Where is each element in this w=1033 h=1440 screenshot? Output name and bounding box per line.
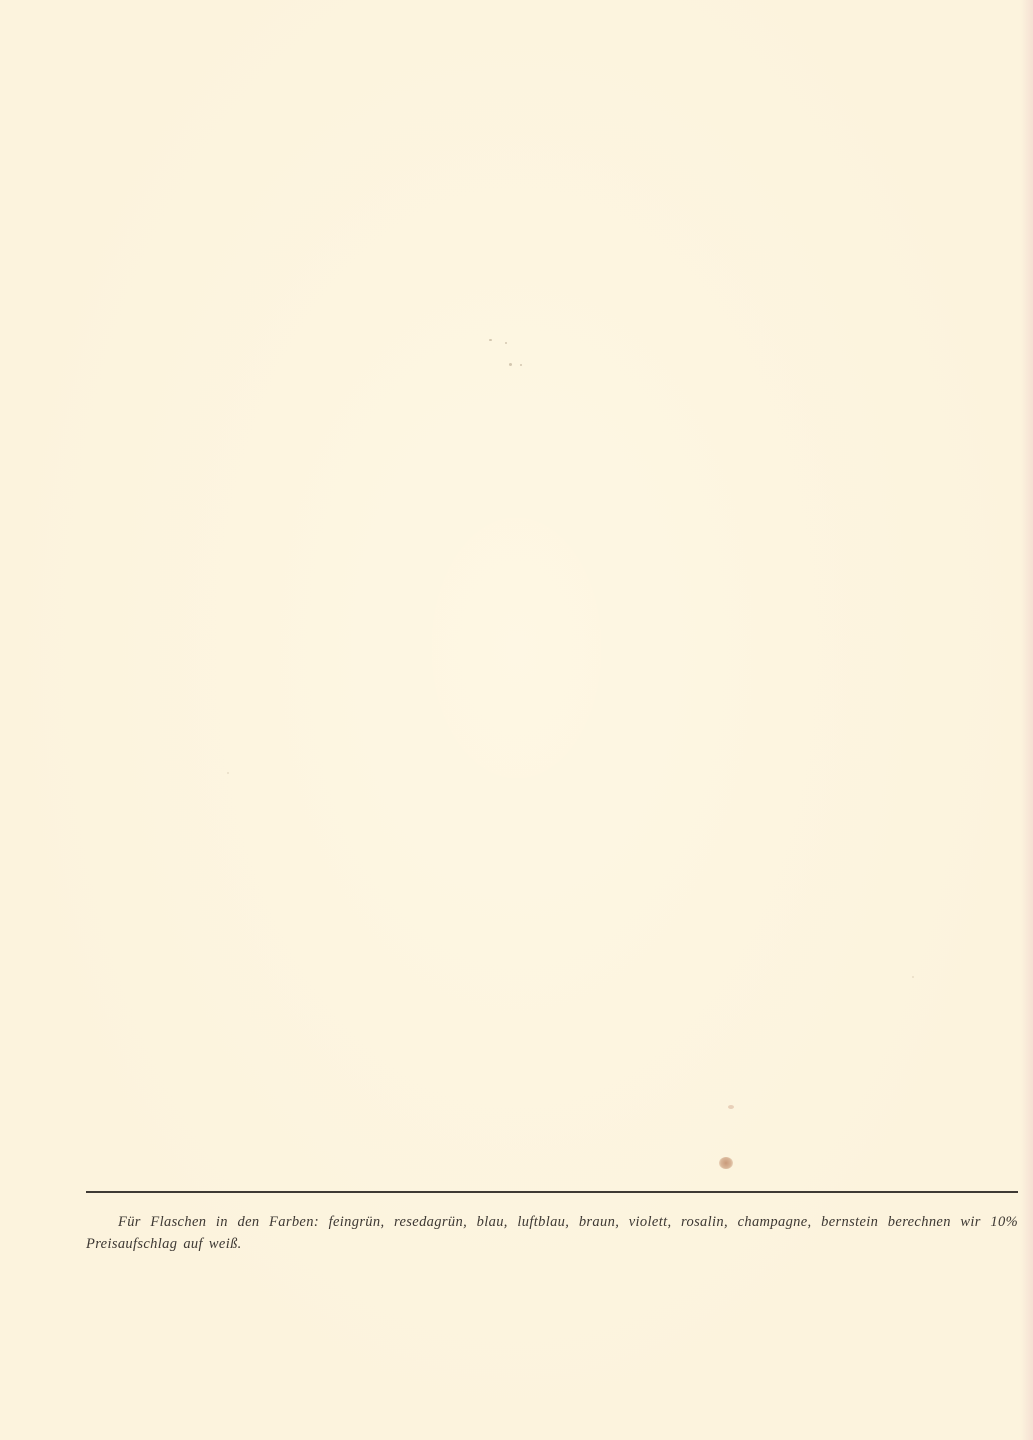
paper-speck	[505, 342, 507, 344]
paper-stain	[728, 1105, 734, 1109]
paper-speck	[520, 364, 522, 366]
paper-speck	[227, 772, 229, 774]
footnote-rule	[86, 1191, 1018, 1193]
footnote-text: Für Flaschen in den Farben: feingrün, re…	[86, 1211, 1018, 1255]
paper-stain	[719, 1157, 733, 1169]
document-page: Für Flaschen in den Farben: feingrün, re…	[0, 0, 1033, 1440]
page-edge-shadow	[1021, 0, 1033, 1440]
paper-speck	[489, 339, 492, 341]
footnote-line-1: Für Flaschen in den Farben: feingrün, re…	[118, 1214, 951, 1230]
paper-speck	[509, 363, 512, 366]
paper-speck	[912, 976, 914, 978]
